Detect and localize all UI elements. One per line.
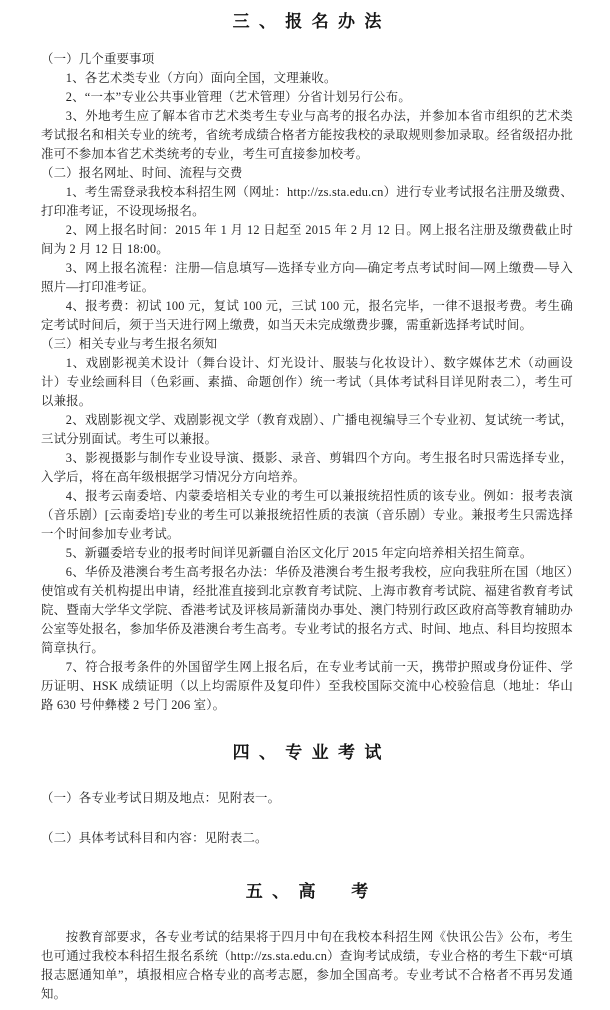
list-item-1-1: 1、各艺术类专业（方向）面向全国，文理兼收。: [41, 69, 573, 88]
list-item-3-1: 1、戏剧影视美术设计（舞台设计、灯光设计、服装与化妆设计）、数字媒体艺术（动画设…: [41, 354, 573, 411]
list-item-1-2: 2、“一本”专业公共事业管理（艺术管理）分省计划另行公布。: [41, 88, 573, 107]
subsection-heading-2: （二）报名网址、时间、流程与交费: [41, 164, 573, 183]
list-item-2-1: 1、考生需登录我校本科招生网（网址：http://zs.sta.edu.cn）进…: [41, 183, 573, 221]
exam-note-1: （一）各专业考试日期及地点：见附表一。: [41, 789, 573, 808]
document-page: 三、报名办法 （一）几个重要事项 1、各艺术类专业（方向）面向全国，文理兼收。 …: [0, 0, 610, 1010]
section-title-registration: 三、报名办法: [41, 10, 573, 34]
section-title-gaokao: 五、高 考: [41, 880, 573, 904]
subsection-heading-1: （一）几个重要事项: [41, 50, 573, 69]
list-item-3-5: 5、新疆委培专业的报考时间详见新疆自治区文化厅 2015 年定向培养相关招生简章…: [41, 544, 573, 563]
list-item-3-7: 7、符合报考条件的外国留学生网上报名后，在专业考试前一天，携带护照或身份证件、学…: [41, 658, 573, 715]
gaokao-paragraph: 按教育部要求，各专业考试的结果将于四月中旬在我校本科招生网《快讯公告》公布，考生…: [41, 928, 573, 1004]
section-title-exam: 四、专业考试: [41, 741, 573, 765]
list-item-1-3: 3、外地考生应了解本省市艺术类考生专业与高考的报名办法，并参加本省市组织的艺术类…: [41, 107, 573, 164]
exam-note-2: （二）具体考试科目和内容：见附表二。: [41, 829, 573, 848]
list-item-3-6: 6、华侨及港澳台考生高考报名办法：华侨及港澳台考生报考我校，应向我驻所在国（地区…: [41, 563, 573, 658]
list-item-3-3: 3、影视摄影与制作专业设导演、摄影、录音、剪辑四个方向。考生报名时只需选择专业，…: [41, 449, 573, 487]
list-item-2-4: 4、报考费：初试 100 元，复试 100 元，三试 100 元，报名完毕，一律…: [41, 297, 573, 335]
list-item-3-4: 4、报考云南委培、内蒙委培相关专业的考生可以兼报统招性质的该专业。例如：报考表演…: [41, 487, 573, 544]
list-item-3-2: 2、戏剧影视文学、戏剧影视文学（教育戏剧）、广播电视编导三个专业初、复试统一考试…: [41, 411, 573, 449]
subsection-heading-3: （三）相关专业与考生报名须知: [41, 335, 573, 354]
list-item-2-2: 2、网上报名时间：2015 年 1 月 12 日起至 2015 年 2 月 12…: [41, 221, 573, 259]
list-item-2-3: 3、网上报名流程：注册—信息填写—选择专业方向—确定考点考试时间—网上缴费—导入…: [41, 259, 573, 297]
